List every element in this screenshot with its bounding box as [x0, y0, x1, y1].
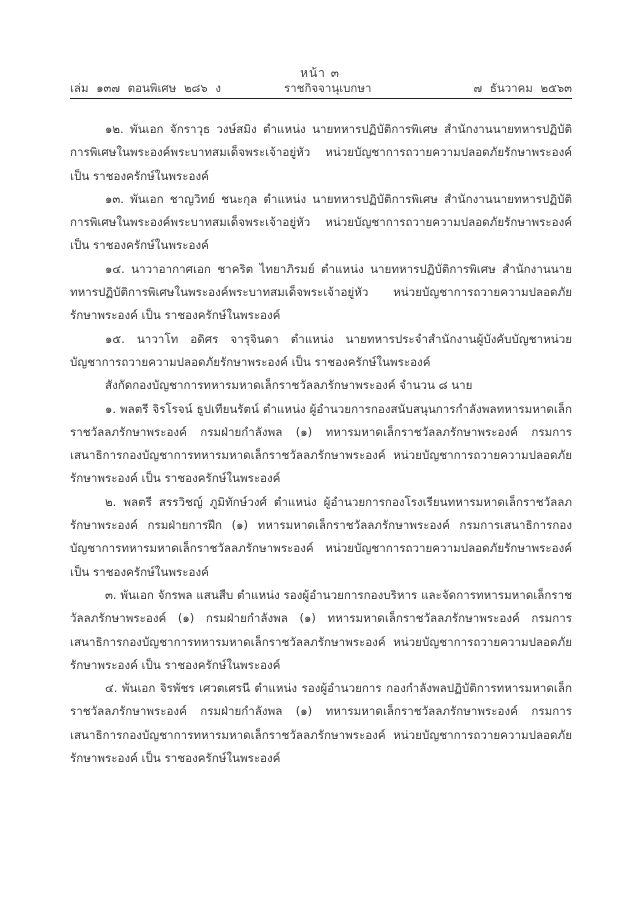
appointment-item-2: ๒. พลตรี สรรวิชญ์ ภูมิทักษ์วงศ์ ตำแหน่ง … [70, 491, 572, 584]
document-page: หน้า ๓ เล่ม ๑๓๗ ตอนพิเศษ ๒๘๖ ง ราชกิจจาน… [0, 0, 640, 907]
appointment-item-4: ๔. พันเอก จิรพัชร เศวตเศรนี ตำแหน่ง รองผ… [70, 677, 572, 770]
publication-date: ๗ ธันวาคม ๒๕๖๓ [474, 80, 572, 98]
header-divider [70, 98, 572, 99]
volume-issue: เล่ม ๑๓๗ ตอนพิเศษ ๒๘๖ ง [70, 80, 221, 98]
appointment-item-3: ๓. พันเอก จักรพล แสนสืบ ตำแหน่ง รองผู้อำ… [70, 584, 572, 677]
appointment-item-14: ๑๔. นาวาอากาศเอก ชาคริต ไทยาภิรมย์ ตำแหน… [70, 258, 572, 328]
appointment-item-1: ๑. พลตรี จิรโรจน์ ธูปเทียนรัตน์ ตำแหน่ง … [70, 398, 572, 491]
document-body: ๑๒. พันเอก จักราวุธ วงษ์สมิง ตำแหน่ง นาย… [70, 118, 572, 770]
appointment-item-15: ๑๕. นาวาโท อดิศร จารุจินดา ตำแหน่ง นายทห… [70, 328, 572, 375]
running-header: เล่ม ๑๓๗ ตอนพิเศษ ๒๘๖ ง ราชกิจจานุเบกษา … [70, 80, 572, 96]
appointment-item-13: ๑๓. พันเอก ชาญวิทย์ ชนะกุล ตำแหน่ง นายทห… [70, 188, 572, 258]
appointment-item-12: ๑๒. พันเอก จักราวุธ วงษ์สมิง ตำแหน่ง นาย… [70, 118, 572, 188]
publication-title: ราชกิจจานุเบกษา [284, 80, 371, 98]
section-heading: สังกัดกองบัญชาการทหารมหาดเล็กราชวัลลภรัก… [70, 374, 572, 397]
